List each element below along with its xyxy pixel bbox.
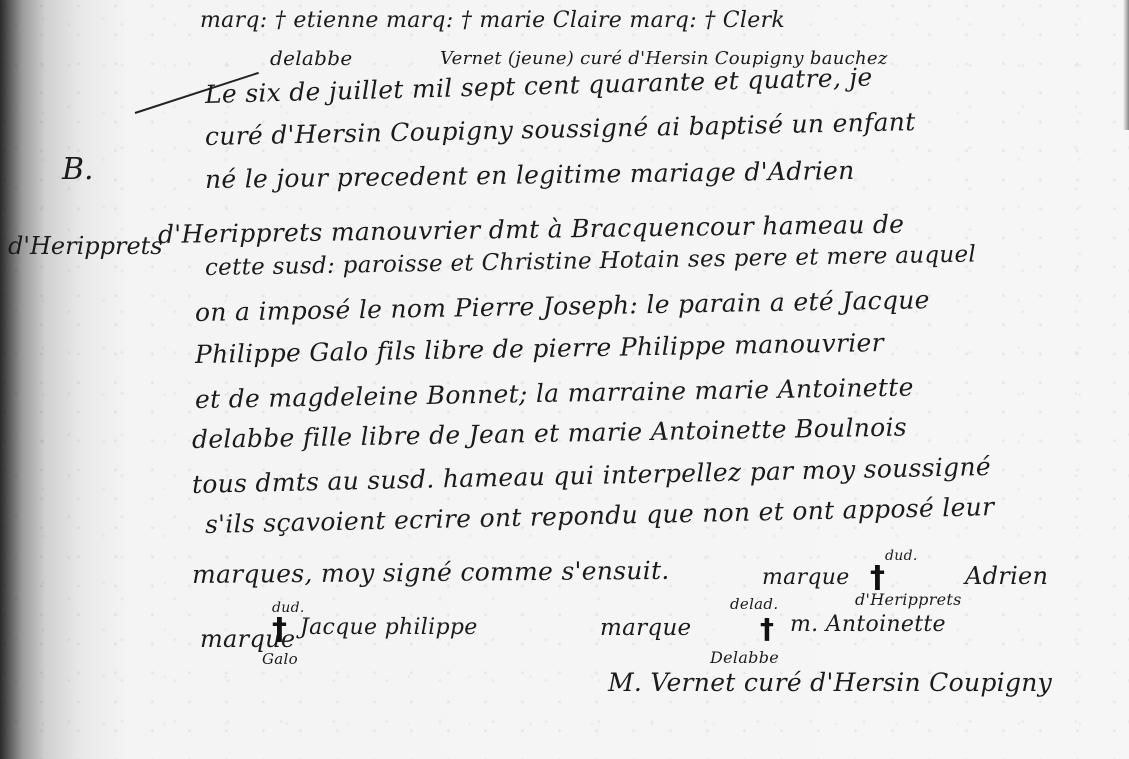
priest-signature: M. Vernet curé d'Hersin Coupigny <box>608 668 1052 697</box>
father-mark-above: dud. <box>885 548 918 564</box>
godfather-cross-mark: † <box>272 612 287 647</box>
father-name: Adrien <box>965 562 1048 590</box>
top-signature-line-1: marq: † etienne marq: † marie Claire mar… <box>200 8 785 33</box>
margin-entry-letter: B. <box>62 152 94 187</box>
father-mark-label: marque <box>762 565 850 590</box>
father-surname: d'Heripprets <box>855 590 962 609</box>
godmother-name: m. Antoinette <box>790 612 946 637</box>
page-edge <box>1123 0 1129 130</box>
godfather-name: Jacque philippe <box>300 615 478 640</box>
godmother-cross-mark: † <box>760 612 774 645</box>
godmother-mark-above: delad. <box>730 595 778 613</box>
top-signature-line-2-left: delabbe <box>270 46 353 70</box>
godmother-mark-label: marque <box>600 615 691 641</box>
godmother-surname: Delabbe <box>710 648 779 667</box>
margin-entry-name: d'Heripprets <box>8 232 163 260</box>
godfather-surname: Galo <box>262 650 298 668</box>
body-line-12: marques, moy signé comme s'ensuit. <box>192 556 670 589</box>
